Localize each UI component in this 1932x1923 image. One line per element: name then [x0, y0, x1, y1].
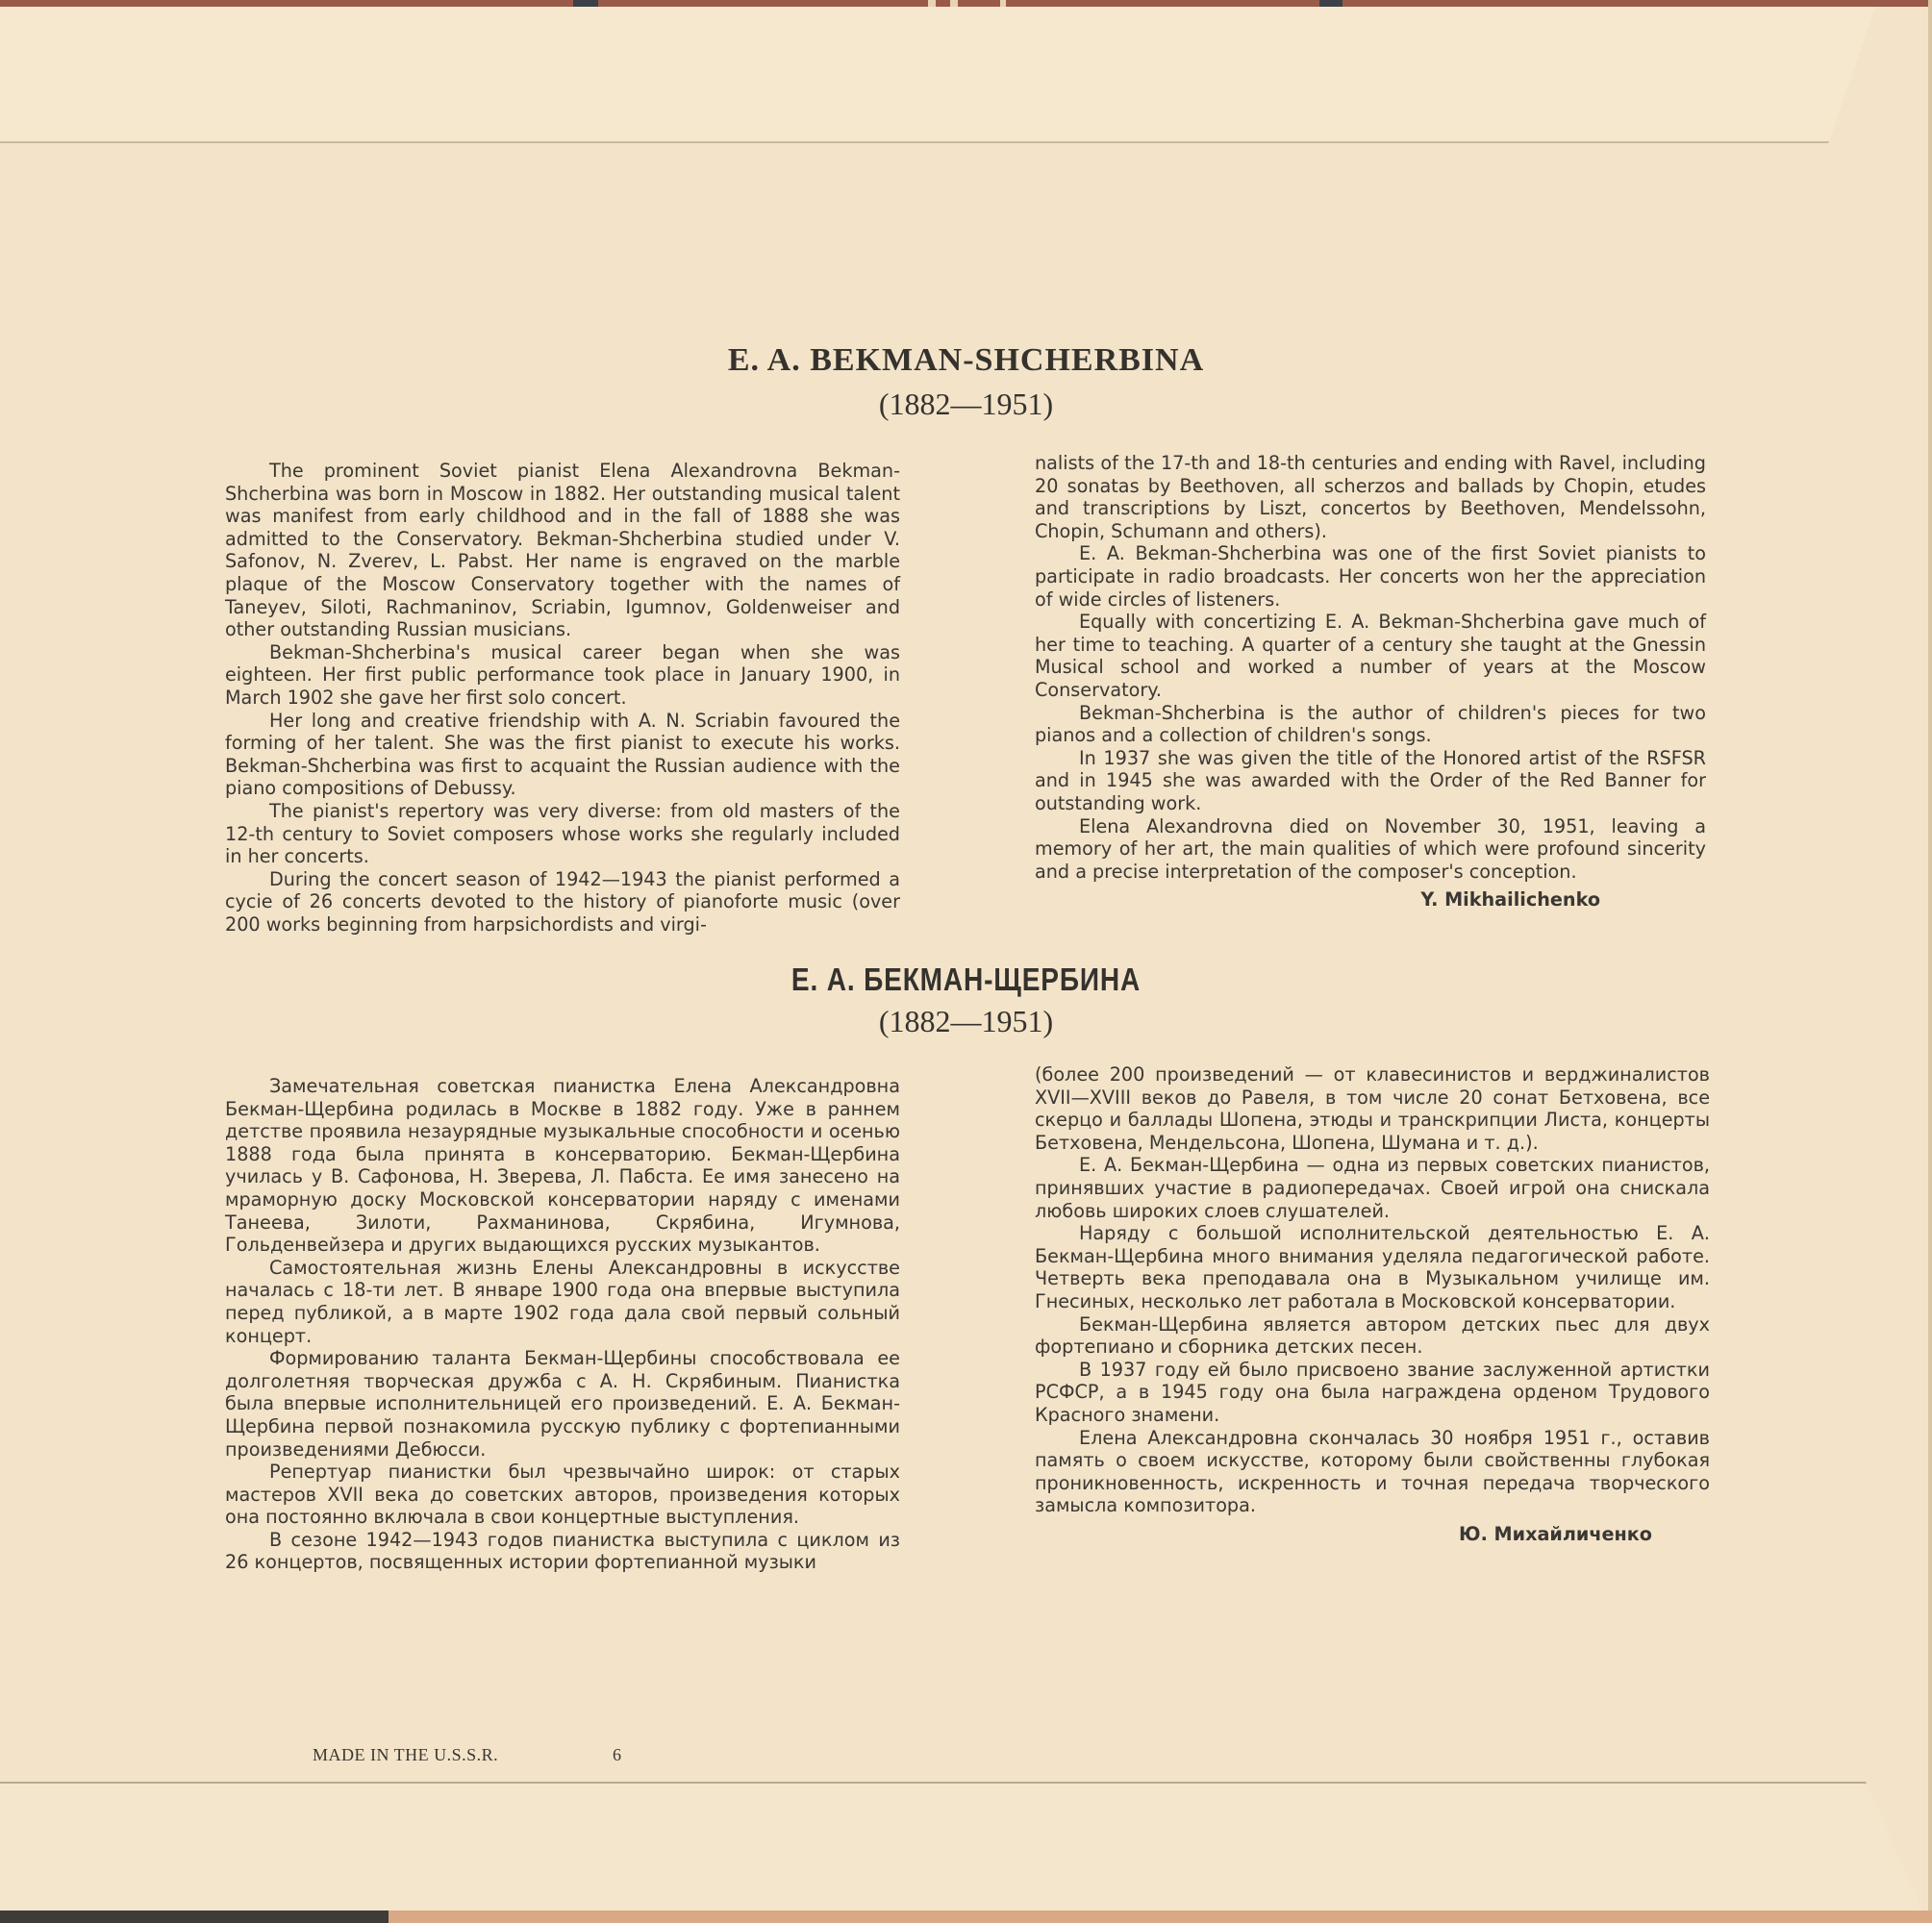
russian-years: (1882—1951): [0, 1004, 1932, 1039]
russian-title: Е. А. БЕКМАН-ЩЕРБИНА: [145, 961, 1788, 998]
edge-gap: [950, 0, 958, 7]
english-years: (1882—1951): [0, 387, 1932, 422]
made-in-label: MADE IN THE U.S.S.R.: [313, 1745, 498, 1765]
paragraph-continuation: nalists of the 17-th and 18-th centuries…: [1035, 452, 1706, 542]
english-left-column: The prominent Soviet pianist Elena Alexa…: [225, 460, 900, 936]
paragraph: Елена Александровна скончалась 30 ноября…: [1035, 1427, 1710, 1517]
russian-signature: Ю. Михайличенко: [1035, 1523, 1710, 1546]
sleeve-top-edge: [0, 0, 1932, 7]
edge-mark: [573, 0, 598, 8]
paragraph: In 1937 she was given the title of the H…: [1035, 747, 1706, 815]
paragraph: Наряду с большой исполнительской деятель…: [1035, 1222, 1710, 1312]
sleeve-bottom-edge-tan: [389, 1911, 1932, 1923]
russian-right-column: (более 200 произведений — от клавесинист…: [1035, 1063, 1710, 1545]
paragraph: Репертуар пианистки был чрезвычайно широ…: [225, 1461, 900, 1529]
paragraph: Equally with concertizing E. A. Bekman-S…: [1035, 611, 1706, 701]
russian-left-column: Замечательная советская пианистка Елена …: [225, 1075, 900, 1574]
sleeve-bottom-flap: [0, 1782, 1923, 1913]
paragraph: Е. А. Бекман-Щербина — одна из первых со…: [1035, 1154, 1710, 1222]
paragraph: During the concert season of 1942—1943 t…: [225, 868, 900, 937]
paragraph: Her long and creative friendship with A.…: [225, 710, 900, 800]
edge-gap: [928, 0, 936, 7]
sleeve-top-flap: [0, 7, 1875, 143]
paragraph: The pianist's repertory was very diverse…: [225, 800, 900, 868]
paragraph: E. A. Bekman-Shcherbina was one of the f…: [1035, 542, 1706, 611]
english-right-column: nalists of the 17-th and 18-th centuries…: [1035, 452, 1706, 912]
paragraph: Elena Alexandrovna died on November 30, …: [1035, 815, 1706, 884]
edge-mark: [1319, 0, 1342, 8]
english-title: E. A. BEKMAN-SHCHERBINA: [0, 342, 1932, 379]
paragraph: В сезоне 1942—1943 годов пианистка высту…: [225, 1529, 900, 1574]
page-number: 6: [613, 1745, 622, 1765]
edge-gap: [1000, 0, 1006, 7]
paragraph: Бекман-Щербина является автором детских …: [1035, 1313, 1710, 1359]
paragraph: Замечательная советская пианистка Елена …: [225, 1075, 900, 1257]
paragraph: Самостоятельная жизнь Елены Александровн…: [225, 1257, 900, 1347]
paragraph-continuation: (более 200 произведений — от клавесинист…: [1035, 1063, 1710, 1154]
sleeve-right-edge: [1928, 0, 1932, 1923]
english-signature: Y. Mikhailichenko: [1035, 888, 1706, 912]
paragraph: В 1937 году ей было присвоено звание зас…: [1035, 1359, 1710, 1427]
paragraph: Формированию таланта Бекман-Щербины спос…: [225, 1347, 900, 1461]
paragraph: Bekman-Shcherbina's musical career began…: [225, 641, 900, 710]
paragraph: Bekman-Shcherbina is the author of child…: [1035, 702, 1706, 747]
sleeve-bottom-edge-dark: [0, 1911, 389, 1923]
paragraph: The prominent Soviet pianist Elena Alexa…: [225, 460, 900, 641]
